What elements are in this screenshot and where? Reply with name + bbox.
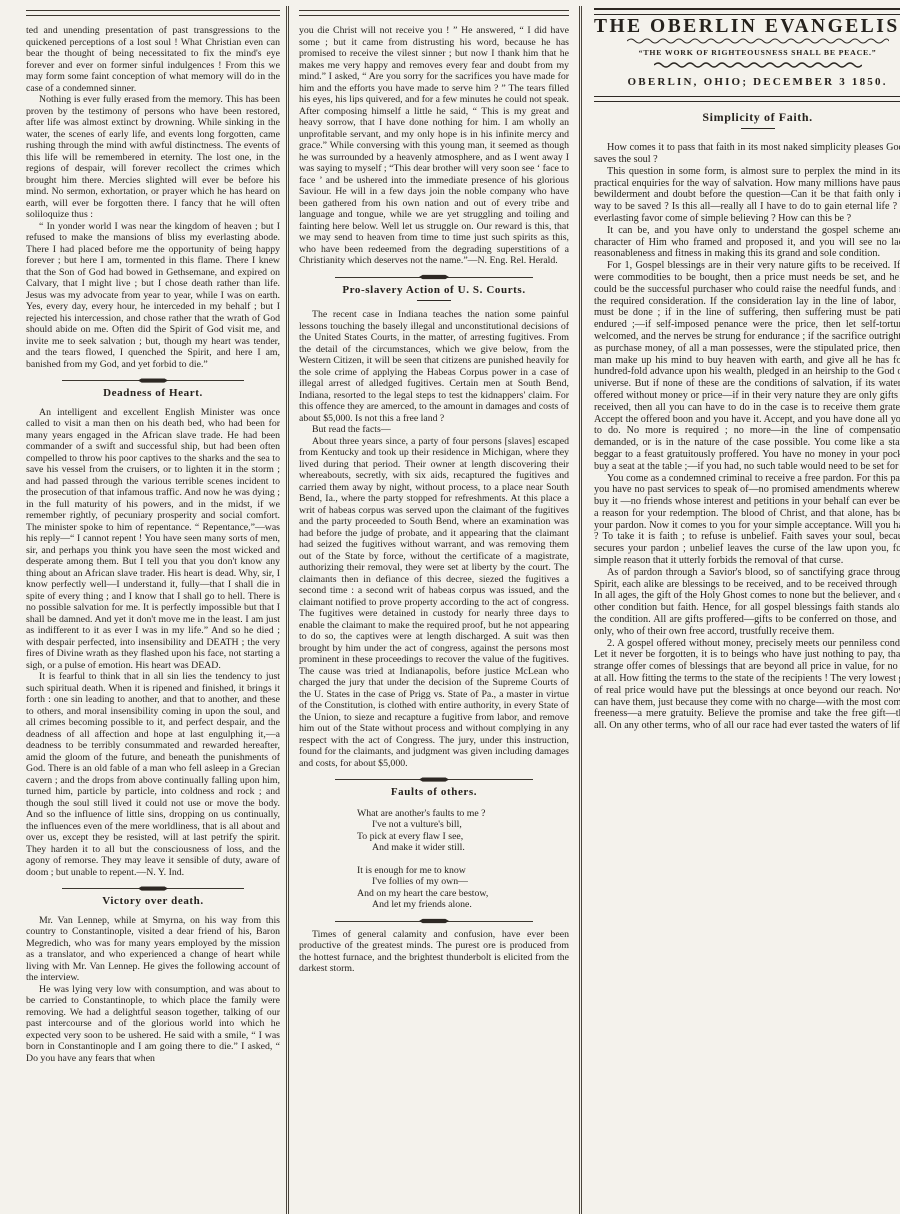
paragraph: Mr. Van Lennep, while at Smyrna, on his … xyxy=(26,915,280,984)
poem: What are another's faults to me ? I've n… xyxy=(357,808,569,911)
diamond-ornament-icon xyxy=(419,919,449,924)
section-divider xyxy=(335,921,533,922)
section-divider xyxy=(62,888,244,889)
paragraph: 2. A gospel offered without money, preci… xyxy=(594,638,900,732)
newspaper-page: ted and unending presentation of past tr… xyxy=(0,0,900,1214)
newspaper-title: THE OBERLIN EVANGELIST. xyxy=(594,21,900,33)
paragraph: It can be, and you have only to understa… xyxy=(594,225,900,260)
top-rule xyxy=(26,10,280,16)
diamond-ornament-icon xyxy=(419,275,449,280)
paragraph: As of pardon through a Savior's blood, s… xyxy=(594,567,900,638)
heading-underline xyxy=(741,128,775,129)
stanza-gap xyxy=(357,854,569,865)
paragraph: An intelligent and excellent English Min… xyxy=(26,407,280,672)
poem-line: And let my friends alone. xyxy=(357,899,569,911)
paragraph: It is fearful to think that in all sin l… xyxy=(26,671,280,878)
middle-column: you die Christ will not receive you ! ” … xyxy=(286,6,582,1214)
poem-line: What are another's faults to me ? xyxy=(357,808,569,820)
paragraph: ted and unending presentation of past tr… xyxy=(26,25,280,94)
masthead-top-rule xyxy=(594,8,900,15)
article-title-faults-of-others: Faults of others. xyxy=(299,787,569,799)
dateline: OBERLIN, OHIO; DECEMBER 3 1850. xyxy=(594,77,900,89)
diamond-ornament-icon xyxy=(419,777,449,782)
poem-line: I've not a vulture's bill, xyxy=(357,819,569,831)
diamond-ornament-icon xyxy=(138,886,168,891)
heading-underline xyxy=(417,300,451,301)
section-divider xyxy=(335,277,533,278)
left-column: ted and unending presentation of past tr… xyxy=(22,6,286,1214)
poem-line: I've follies of my own— xyxy=(357,876,569,888)
paragraph: Nothing is ever fully erased from the me… xyxy=(26,94,280,221)
paragraph: But read the facts— xyxy=(299,424,569,436)
paragraph: How comes it to pass that faith in its m… xyxy=(594,142,900,166)
article-title-pro-slavery: Pro-slavery Action of U. S. Courts. xyxy=(299,285,569,297)
poem-line: It is enough for me to know xyxy=(357,865,569,877)
top-rule xyxy=(299,10,569,16)
paragraph: This question in some form, is almost su… xyxy=(594,166,900,225)
masthead-bottom-rule xyxy=(594,96,900,102)
article-title-victory-over-death: Victory over death. xyxy=(26,896,280,908)
paragraph: Times of general calamity and confusion,… xyxy=(299,929,569,975)
paragraph: For 1, Gospel blessings are in their ver… xyxy=(594,260,900,472)
masthead: THE OBERLIN EVANGELIST. “THE WORK OF RIG… xyxy=(594,8,900,102)
paragraph: You come as a condemned criminal to rece… xyxy=(594,473,900,567)
paragraph: you die Christ will not receive you ! ” … xyxy=(299,25,569,267)
poem-line: And on my heart the care bestow, xyxy=(357,888,569,900)
paragraph: About three years since, a party of four… xyxy=(299,436,569,770)
wavy-rule xyxy=(627,37,889,44)
article-title-deadness-of-heart: Deadness of Heart. xyxy=(26,388,280,400)
right-column: THE OBERLIN EVANGELIST. “THE WORK OF RIG… xyxy=(582,6,900,1214)
motto: “THE WORK OF RIGHTEOUSNESS SHALL BE PEAC… xyxy=(594,47,900,59)
section-divider xyxy=(335,779,533,780)
poem-line: To pick at every flaw I see, xyxy=(357,831,569,843)
poem-line: And make it wider still. xyxy=(357,842,569,854)
section-divider xyxy=(62,380,244,381)
paragraph: The recent case in Indiana teaches the n… xyxy=(299,309,569,424)
paragraph: He was lying very low with consumption, … xyxy=(26,984,280,1065)
diamond-ornament-icon xyxy=(138,378,168,383)
paragraph: “ In yonder world I was near the kingdom… xyxy=(26,221,280,371)
article-title-simplicity-of-faith: Simplicity of Faith. xyxy=(594,112,900,124)
wavy-rule xyxy=(654,61,862,68)
